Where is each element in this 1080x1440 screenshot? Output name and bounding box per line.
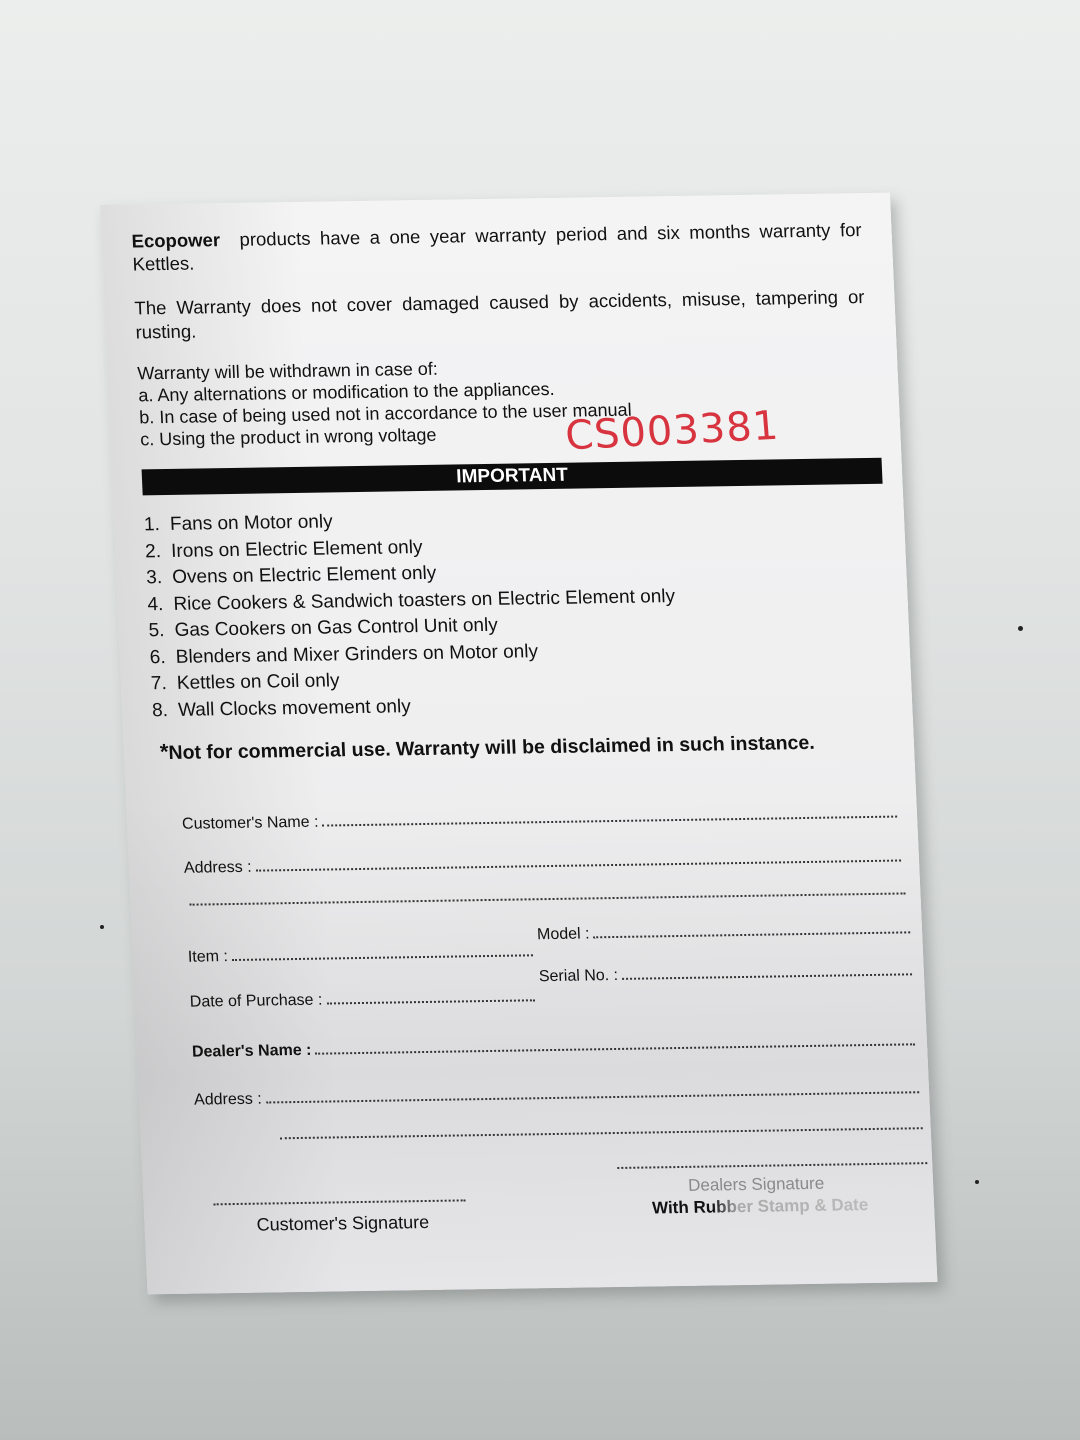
handwritten-serial-code: CS003381 [564, 403, 781, 460]
customer-name-line[interactable] [323, 816, 898, 827]
dealer-name-label: Dealer's Name : [192, 1042, 312, 1062]
date-of-purchase-label: Date of Purchase : [189, 992, 322, 1012]
dealer-address-line-2[interactable] [276, 1127, 923, 1144]
date-of-purchase-line[interactable] [326, 999, 535, 1004]
item-line[interactable] [232, 954, 533, 961]
customer-address-line-2[interactable] [186, 892, 906, 910]
customer-signature-line[interactable] [214, 1199, 466, 1205]
serial-no-line[interactable] [622, 973, 912, 980]
notice-text: Not for commercial use. Warranty will be… [168, 732, 815, 764]
customer-address-line[interactable] [256, 859, 901, 871]
dealer-address-line-2-dots[interactable] [280, 1127, 923, 1139]
brand-name: Ecopower [131, 229, 220, 251]
background-speck [975, 1180, 979, 1184]
customer-name-label: Customer's Name : [182, 814, 319, 834]
customer-address-label: Address : [184, 859, 252, 878]
customer-address-field[interactable]: Address : [184, 849, 902, 878]
model-field[interactable]: Model : [537, 920, 911, 944]
commercial-use-notice: *Not for commercial use. Warranty will b… [159, 729, 815, 765]
warranty-exclusion: The Warranty does not cover damaged caus… [134, 285, 866, 344]
date-of-purchase-field[interactable]: Date of Purchase : [189, 988, 535, 1011]
customer-name-field[interactable]: Customer's Name : [182, 805, 898, 834]
warranty-intro-text: products have a one year warranty period… [132, 219, 862, 274]
customer-signature-label: Customer's Signature [256, 1212, 429, 1236]
warranty-intro: Ecopower products have a one year warran… [131, 218, 863, 275]
serial-no-label: Serial No. : [539, 967, 619, 986]
dealer-address-line[interactable] [266, 1091, 919, 1103]
dealer-signature-line[interactable] [617, 1162, 927, 1169]
background-speck [1018, 626, 1023, 631]
model-line[interactable] [594, 931, 911, 938]
important-list: 1.Fans on Motor only 2.Irons on Electric… [143, 501, 882, 724]
dealer-address-label: Address : [194, 1091, 262, 1110]
dealer-name-line[interactable] [316, 1043, 916, 1054]
dealer-signature-label: Dealers Signature [688, 1174, 825, 1196]
background-speck [100, 925, 104, 929]
warranty-card: Ecopower products have a one year warran… [100, 193, 937, 1295]
model-label: Model : [537, 925, 590, 944]
important-banner: IMPORTANT [142, 458, 883, 496]
item-label: Item : [188, 948, 229, 967]
dealer-address-field[interactable]: Address : [194, 1080, 920, 1109]
item-field[interactable]: Item : [188, 943, 534, 966]
dealer-stamp-label: With Rubber Stamp & Date [652, 1195, 869, 1218]
dealer-name-field[interactable]: Dealer's Name : [192, 1032, 916, 1061]
serial-no-field[interactable]: Serial No. : [539, 962, 913, 986]
customer-address-line-2-dots[interactable] [190, 892, 906, 905]
